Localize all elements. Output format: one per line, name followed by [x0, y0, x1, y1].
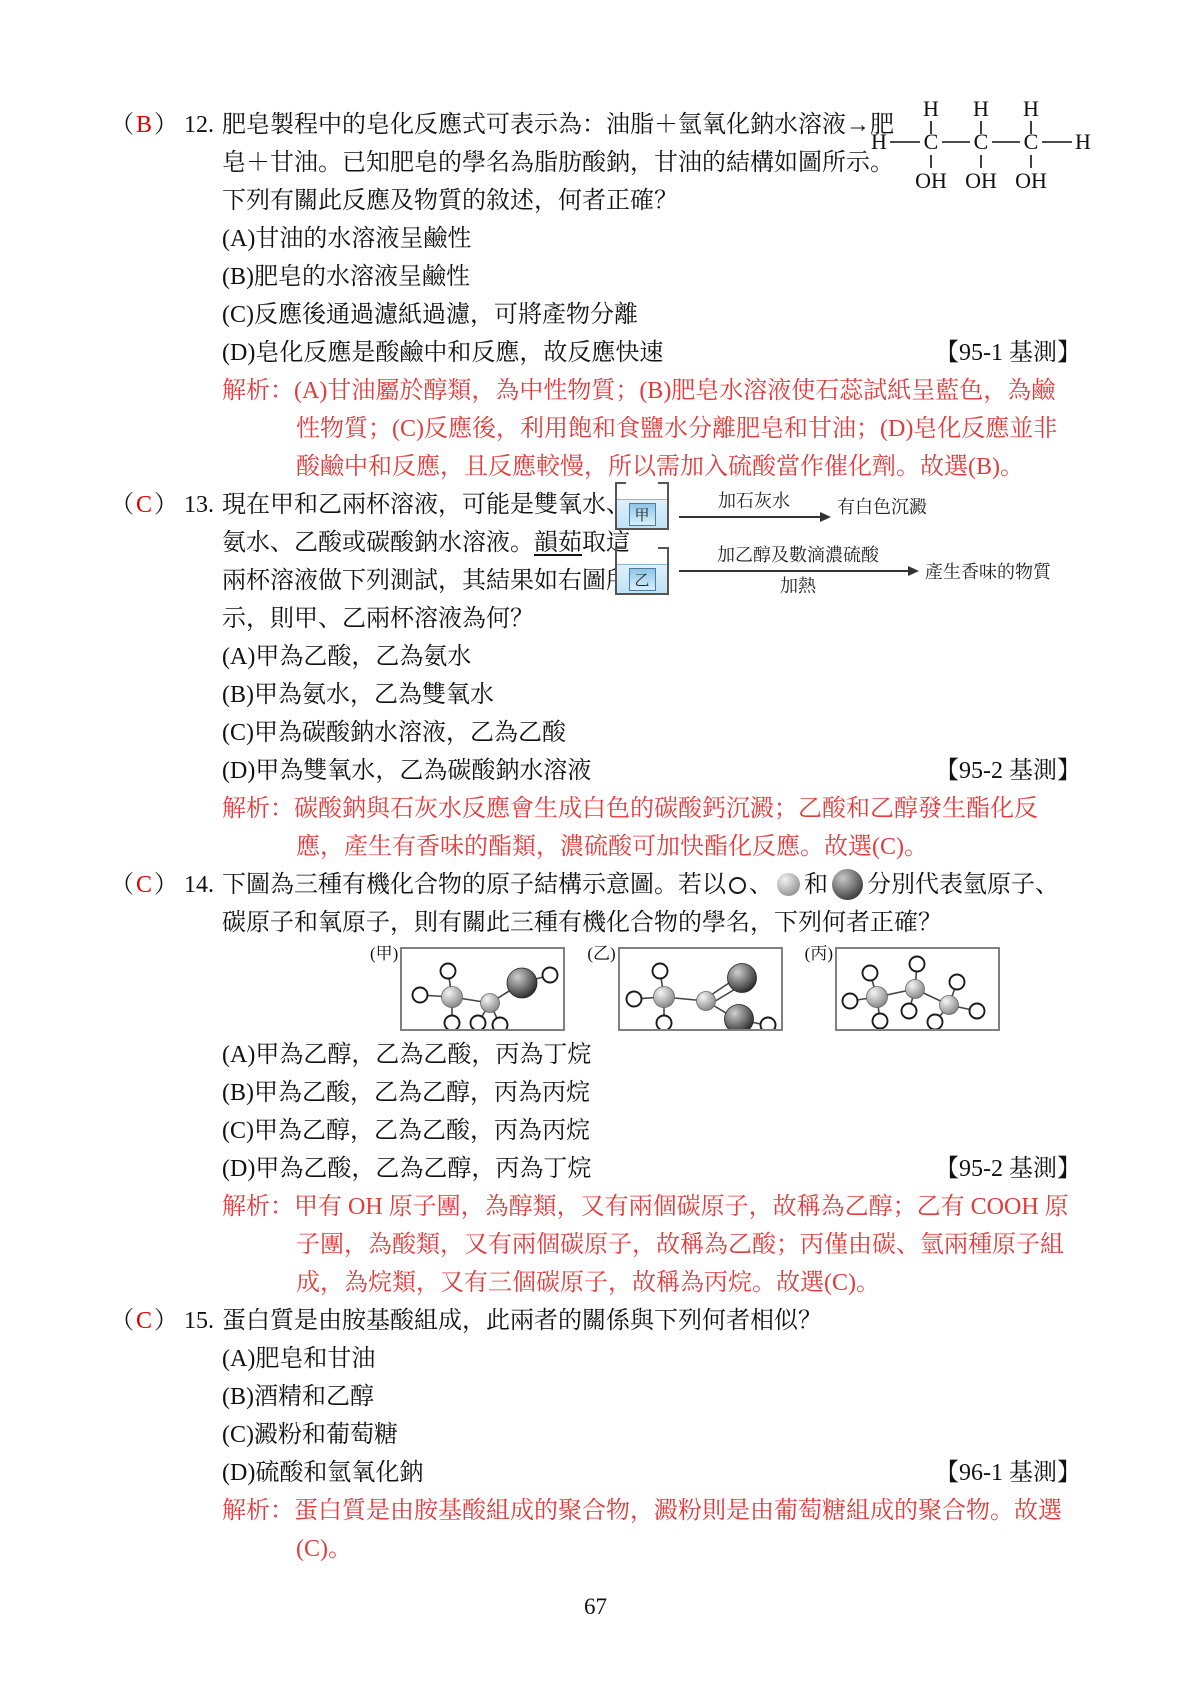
ethanol-molecule-figure — [400, 947, 565, 1031]
option-a: (A)肥皂和甘油 — [222, 1340, 1081, 1378]
carbon-atom-icon — [777, 873, 800, 896]
arrow-label: 加石灰水 — [718, 491, 790, 512]
propane-molecule-figure — [835, 947, 1000, 1031]
explanation-line: 子團，為酸類，又有兩個碳原子，故稱為乙酸；丙僅由碳、氫兩種原子組 — [222, 1226, 1081, 1264]
svg-text:C: C — [974, 129, 989, 154]
experiment-flow-figure: 甲 加石灰水 有白色沉澱 乙 加乙醇及數滴濃硫酸 加熱 — [615, 482, 1089, 612]
stem-line: 下圖為三種有機化合物的原子結構示意圖。若以、和分別代表氫原子、 — [222, 866, 1081, 904]
explanation-line: 解析：(A)甘油屬於醇類，為中性物質；(B)肥皂水溶液使石蕊試紙呈藍色，為鹼 — [222, 372, 1081, 410]
molecule-label: (丙) — [805, 945, 833, 962]
svg-text:H: H — [1023, 98, 1039, 121]
option-a: (A)甘油的水溶液呈鹼性 — [222, 220, 1081, 258]
stem-text: 分別代表氫原子、 — [867, 872, 1059, 898]
exam-tag: 【95-2 基測】 — [935, 752, 1081, 790]
option-d: (D)皂化反應是酸鹼中和反應，故反應快速 — [222, 334, 663, 372]
molecule-yi: (乙) — [587, 947, 782, 1031]
option-d-row: (D)甲為乙酸，乙為乙醇，丙為丁烷 【95-2 基測】 — [222, 1150, 1081, 1188]
option-c: (C)甲為碳酸鈉水溶液，乙為乙酸 — [222, 714, 1081, 752]
option-d: (D)甲為雙氧水，乙為碳酸鈉水溶液 — [222, 752, 591, 790]
beaker-jia: 甲 — [615, 482, 669, 530]
option-c: (C)反應後通過濾紙過濾，可將產物分離 — [222, 296, 1081, 334]
svg-text:H: H — [1075, 129, 1091, 154]
question-number: 12. — [184, 112, 214, 138]
stem-text: 和 — [804, 872, 828, 898]
option-d-row: (D)甲為雙氧水，乙為碳酸鈉水溶液 【95-2 基測】 — [222, 752, 1081, 790]
flow-row-jia: 甲 加石灰水 有白色沉澱 — [615, 482, 1089, 530]
option-b: (B)肥皂的水溶液呈鹼性 — [222, 258, 1081, 296]
stem-text: 氨水、乙酸或碳酸鈉水溶液。 — [222, 530, 534, 556]
explanation-13: 解析：碳酸鈉與石灰水反應會生成白色的碳酸鈣沉澱；乙酸和乙醇發生酯化反 應，產生有… — [222, 790, 1081, 866]
question-14-answer-cell: （C） 14. — [110, 866, 222, 1302]
molecule-jia: (甲) — [370, 947, 565, 1031]
exam-tag: 【95-2 基測】 — [935, 1150, 1081, 1188]
option-a: (A)甲為乙酸，乙為氨水 — [222, 638, 1081, 676]
paren-open: （ — [110, 112, 134, 138]
arrow-line — [679, 516, 829, 518]
paren-open: （ — [110, 1308, 134, 1334]
explanation-line: 解析：甲有 OH 原子團，為醇類，又有兩個碳原子，故稱為乙醇；乙有 COOH 原 — [222, 1188, 1081, 1226]
option-d: (D)硫酸和氫氧化鈉 — [222, 1454, 423, 1492]
explanation-line: 性物質；(C)反應後，利用飽和食鹽水分離肥皂和甘油；(D)皂化反應並非 — [222, 410, 1081, 448]
option-c: (C)甲為乙醇，乙為乙酸，丙為丙烷 — [222, 1112, 1081, 1150]
explanation-14: 解析：甲有 OH 原子團，為醇類，又有兩個碳原子，故稱為乙醇；乙有 COOH 原… — [222, 1188, 1081, 1302]
option-b: (B)酒精和乙醇 — [222, 1378, 1081, 1416]
svg-text:OH: OH — [1015, 168, 1047, 193]
svg-text:C: C — [924, 129, 939, 154]
option-c: (C)澱粉和葡萄糖 — [222, 1416, 1081, 1454]
question-14: （C） 14. 下圖為三種有機化合物的原子結構示意圖。若以、和分別代表氫原子、 … — [110, 866, 1081, 1302]
answer-letter: C — [136, 492, 152, 518]
arrow-line — [679, 570, 917, 572]
paren-close: ） — [154, 872, 178, 898]
question-15: （C） 15. 蛋白質是由胺基酸組成，此兩者的關係與下列何者相似？ (A)肥皂和… — [110, 1302, 1081, 1568]
question-number: 14. — [184, 872, 214, 898]
question-15-body: 蛋白質是由胺基酸組成，此兩者的關係與下列何者相似？ (A)肥皂和甘油 (B)酒精… — [222, 1302, 1081, 1568]
page-number: 67 — [0, 1594, 1191, 1620]
option-d-row: (D)皂化反應是酸鹼中和反應，故反應快速 【95-1 基測】 — [222, 334, 1081, 372]
arrow-label-top: 加乙醇及數滴濃硫酸 — [717, 545, 879, 566]
question-15-answer-cell: （C） 15. — [110, 1302, 222, 1568]
option-b: (B)甲為乙酸，乙為乙醇，丙為丙烷 — [222, 1074, 1081, 1112]
question-13-answer-cell: （C） 13. — [110, 486, 222, 866]
answer-letter: B — [136, 112, 152, 138]
paren-close: ） — [154, 112, 178, 138]
explanation-15: 解析：蛋白質是由胺基酸組成的聚合物，澱粉則是由葡萄糖組成的聚合物。故選 (C)。 — [222, 1492, 1081, 1568]
arrow-label-bottom: 加熱 — [780, 576, 816, 597]
beaker-liquid: 甲 — [617, 499, 667, 528]
option-d: (D)甲為乙酸，乙為乙醇，丙為丁烷 — [222, 1150, 591, 1188]
question-12-answer-cell: （B） 12. — [110, 106, 222, 486]
beaker-yi: 乙 — [615, 547, 669, 595]
result-text: 產生香味的物質 — [925, 558, 1051, 584]
glycerol-structure-figure: H H H H C C C H OH OH OH — [845, 98, 1095, 198]
exam-tag: 【95-1 基測】 — [935, 334, 1081, 372]
explanation-line: 解析：碳酸鈉與石灰水反應會生成白色的碳酸鈣沉澱；乙酸和乙醇發生酯化反 — [222, 790, 1081, 828]
option-a: (A)甲為乙醇，乙為乙酸，丙為丁烷 — [222, 1036, 1081, 1074]
paren-open: （ — [110, 492, 134, 518]
question-number: 13. — [184, 492, 214, 518]
beaker-label: 乙 — [629, 568, 656, 591]
explanation-line: (C)。 — [222, 1530, 1081, 1568]
stem-line: 蛋白質是由胺基酸組成，此兩者的關係與下列何者相似？ — [222, 1302, 1081, 1340]
svg-text:OH: OH — [915, 168, 947, 193]
oxygen-atom-icon — [832, 869, 863, 900]
option-d-row: (D)硫酸和氫氧化鈉 【96-1 基測】 — [222, 1454, 1081, 1492]
result-text: 有白色沉澱 — [837, 493, 927, 519]
arrow-group: 加石灰水 — [679, 491, 829, 522]
beaker-label: 甲 — [629, 503, 656, 526]
svg-text:OH: OH — [965, 168, 997, 193]
svg-text:H: H — [923, 98, 939, 121]
question-12: （B） 12. 肥皂製程中的皂化反應式可表示為：油脂＋氫氧化鈉水溶液→肥 皂＋甘… — [110, 106, 1081, 486]
stem-text: 下圖為三種有機化合物的原子結構示意圖。若以 — [222, 872, 726, 898]
beaker-liquid: 乙 — [617, 564, 667, 593]
explanation-12: 解析：(A)甘油屬於醇類，為中性物質；(B)肥皂水溶液使石蕊試紙呈藍色，為鹼 性… — [222, 372, 1081, 486]
option-b: (B)甲為氨水，乙為雙氧水 — [222, 676, 1081, 714]
paren-open: （ — [110, 872, 134, 898]
question-13: （C） 13. 現在甲和乙兩杯溶液，可能是雙氧水、 氨水、乙酸或碳酸鈉水溶液。韻… — [110, 486, 1081, 866]
explanation-line: 酸鹼中和反應，且反應較慢，所以需加入硫酸當作催化劑。故選(B)。 — [222, 448, 1081, 486]
explanation-line: 成，為烷類，又有三個碳原子，故稱為丙烷。故選(C)。 — [222, 1264, 1081, 1302]
svg-text:H: H — [973, 98, 989, 121]
explanation-line: 解析：蛋白質是由胺基酸組成的聚合物，澱粉則是由葡萄糖組成的聚合物。故選 — [222, 1492, 1081, 1530]
arrow-group: 加乙醇及數滴濃硫酸 加熱 — [679, 545, 917, 597]
molecule-bing: (丙) — [805, 947, 1000, 1031]
question-14-body: 下圖為三種有機化合物的原子結構示意圖。若以、和分別代表氫原子、 碳原子和氧原子，… — [222, 866, 1081, 1302]
question-number: 15. — [184, 1308, 214, 1334]
answer-letter: C — [136, 872, 152, 898]
svg-text:H: H — [871, 129, 887, 154]
molecule-label: (甲) — [370, 945, 398, 962]
hydrogen-atom-icon — [729, 877, 746, 894]
molecule-figures-row: (甲) — [370, 947, 1081, 1031]
answer-letter: C — [136, 1308, 152, 1334]
molecule-label: (乙) — [587, 945, 615, 962]
exam-tag: 【96-1 基測】 — [935, 1454, 1081, 1492]
stem-text: 、 — [749, 872, 773, 898]
explanation-line: 應，產生有香味的酯類，濃硫酸可加快酯化反應。故選(C)。 — [222, 828, 1081, 866]
paren-close: ） — [154, 492, 178, 518]
flow-row-yi: 乙 加乙醇及數滴濃硫酸 加熱 產生香味的物質 — [615, 545, 1089, 597]
svg-text:C: C — [1024, 129, 1039, 154]
acetic-acid-molecule-figure — [618, 947, 783, 1031]
paren-close: ） — [154, 1308, 178, 1334]
student-name: 韻茹 — [534, 530, 582, 556]
exam-page: （B） 12. 肥皂製程中的皂化反應式可表示為：油脂＋氫氧化鈉水溶液→肥 皂＋甘… — [0, 0, 1191, 1684]
stem-line: 碳原子和氧原子，則有關此三種有機化合物的學名，下列何者正確？ — [222, 904, 1081, 942]
